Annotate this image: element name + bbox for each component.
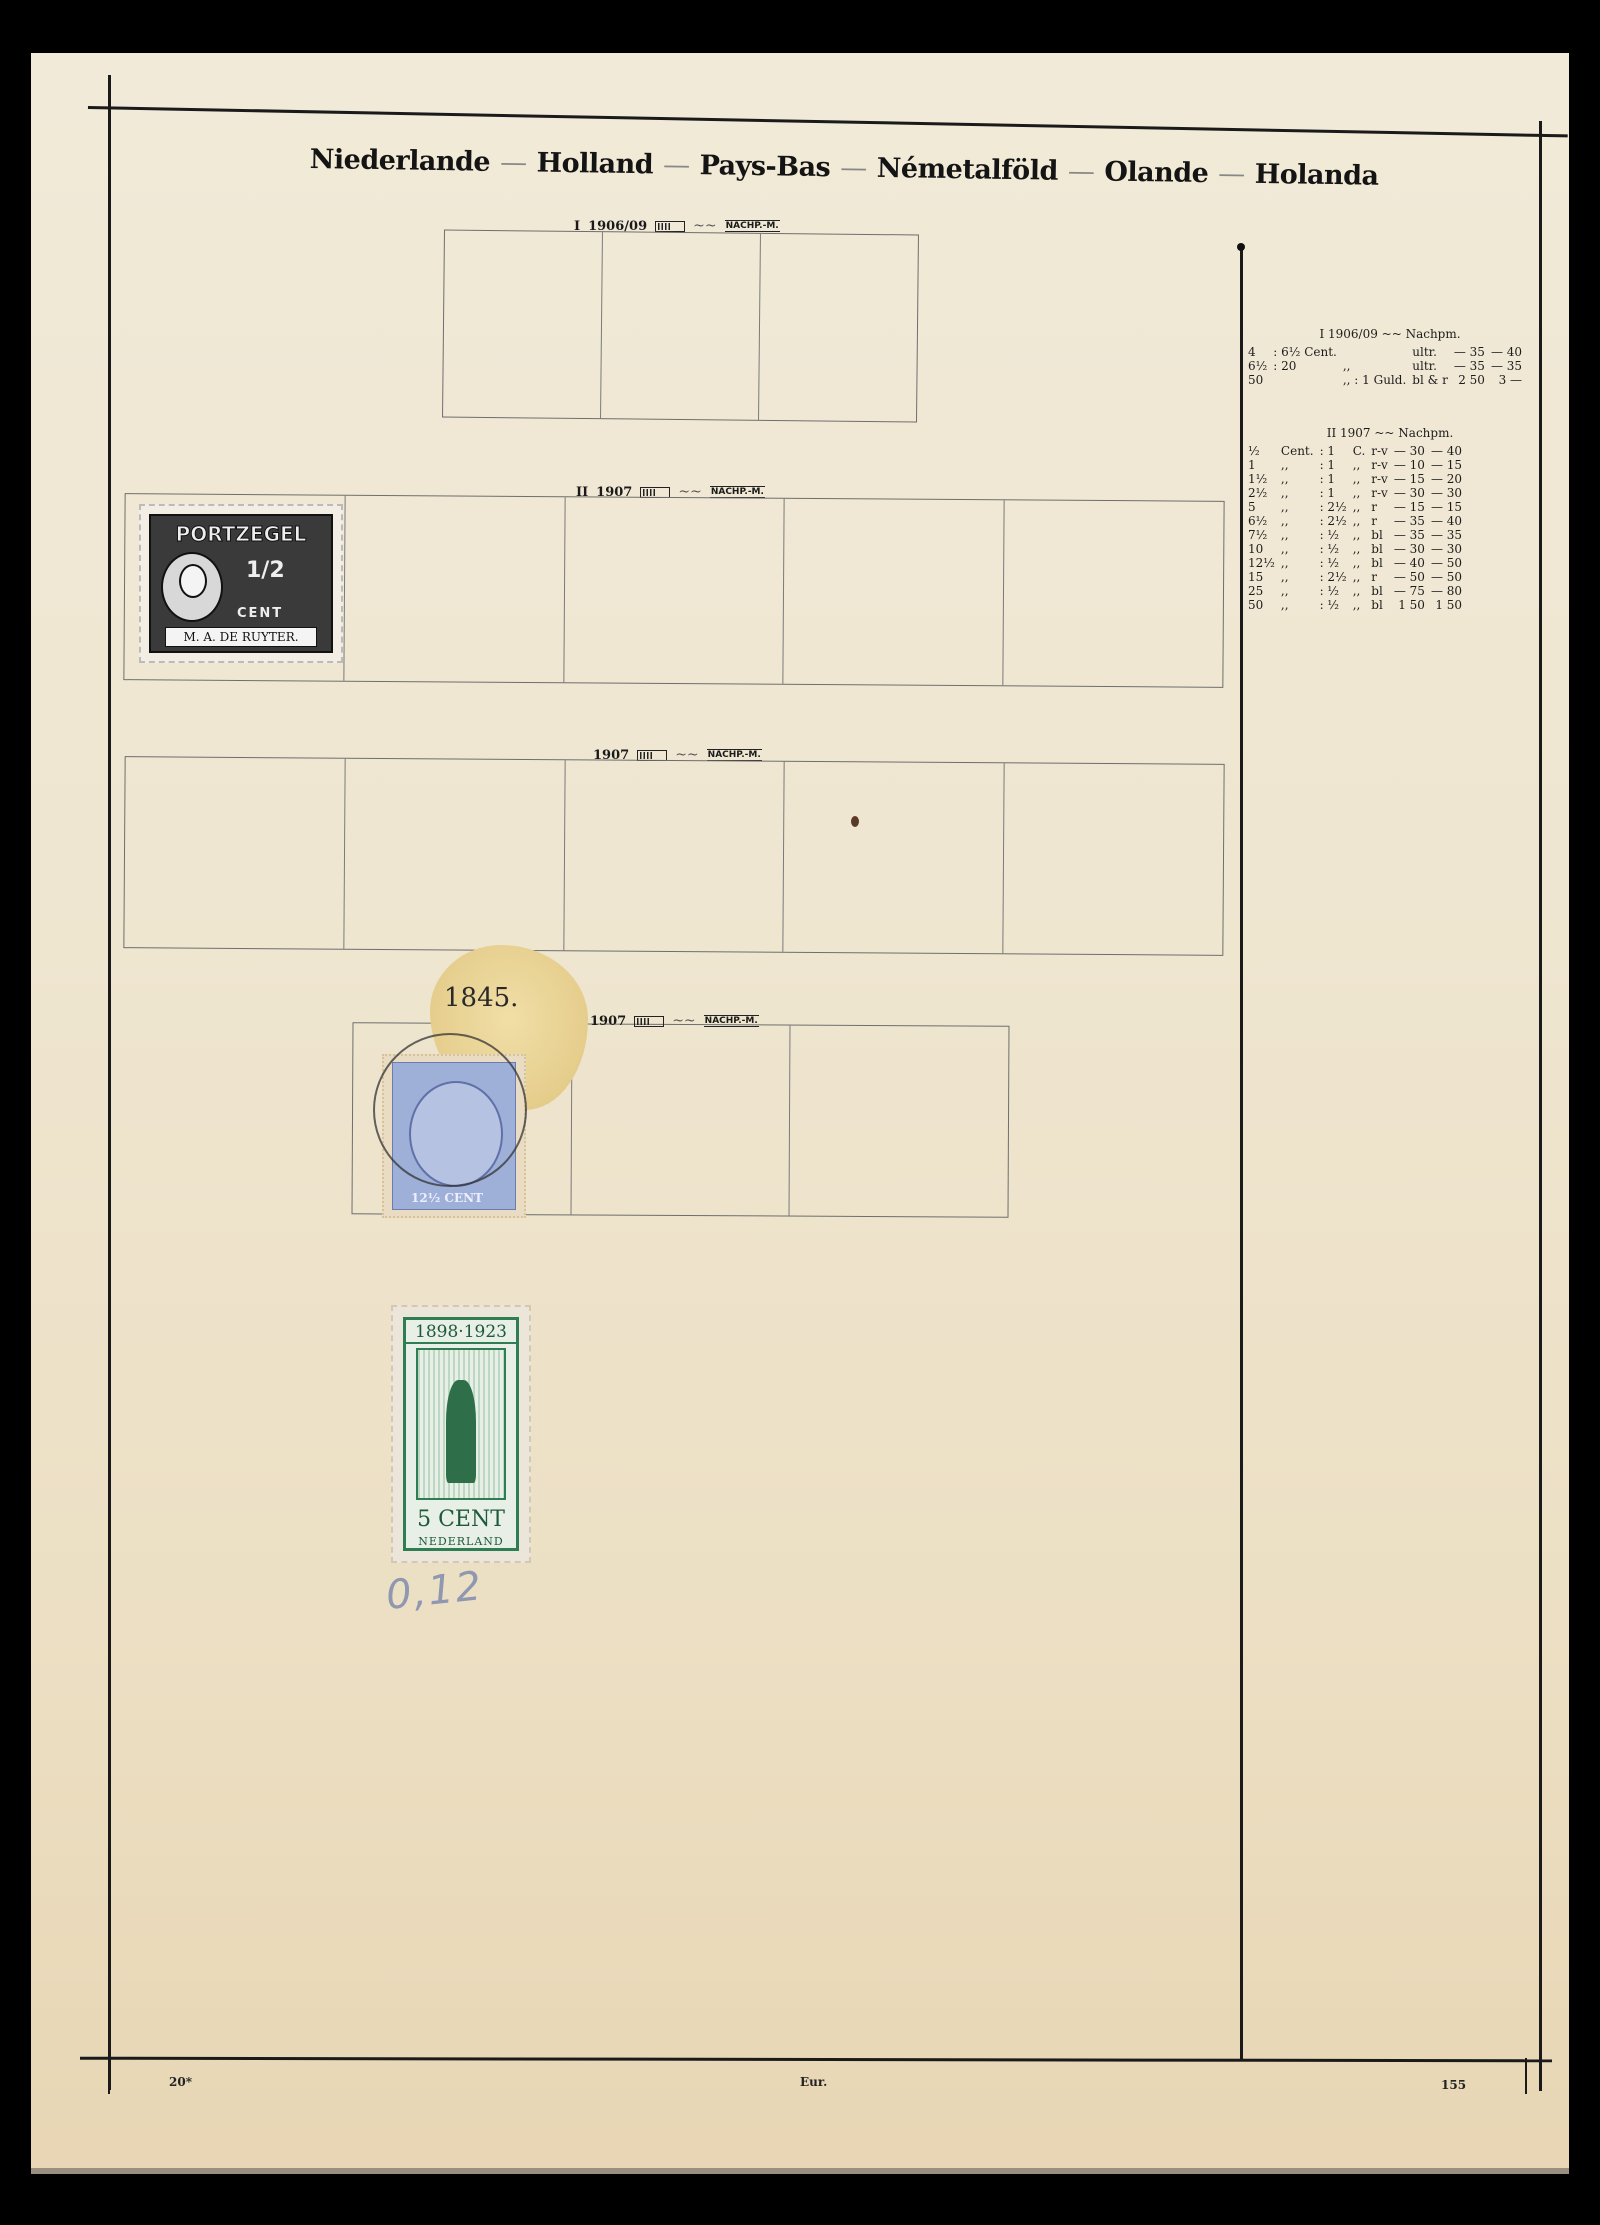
- section-3-grid: [123, 756, 1224, 956]
- stamp-slot[interactable]: [790, 1026, 1009, 1217]
- stamp-slot[interactable]: [344, 759, 565, 951]
- table-row: 7½,,: ½,,bl— 35— 35: [1245, 528, 1465, 542]
- table-row: 6½: 20,,ultr.— 35— 35: [1245, 359, 1525, 373]
- title-part: Pays-Bas: [699, 150, 830, 183]
- catalog-table-2: ½Cent.: 1C.r-v— 30— 40 1,,: 1,,r-v— 10— …: [1245, 444, 1465, 612]
- table-row: 5,,: 2½,,r— 15— 15: [1245, 500, 1465, 514]
- table-row: 50,,: ½,,bl1 501 50: [1245, 598, 1465, 612]
- page-number: 155: [1441, 2078, 1466, 2092]
- stamp-slot[interactable]: [784, 762, 1005, 954]
- stamp-slot[interactable]: [564, 760, 785, 952]
- table-row: 1½,,: 1,,r-v— 15— 20: [1245, 472, 1465, 486]
- frame-right-tick: [1539, 121, 1542, 151]
- stamp-slot[interactable]: [443, 231, 603, 419]
- table-row: 25,,: ½,,bl— 75— 80: [1245, 584, 1465, 598]
- frame-right-line: [1539, 121, 1542, 2091]
- postmark-icon: [373, 1033, 527, 1187]
- table-row: ½Cent.: 1C.r-v— 30— 40: [1245, 444, 1465, 458]
- table-row: 1,,: 1,,r-v— 10— 15: [1245, 458, 1465, 472]
- footer-left-mark: 20*: [169, 2075, 192, 2089]
- catalog-group-2: II 1907 ~~ Nachpm. ½Cent.: 1C.r-v— 30— 4…: [1245, 426, 1535, 612]
- section-4-header: 1907 ~~ NACHP.-M.: [590, 1013, 759, 1029]
- stamp-slot[interactable]: [601, 232, 761, 420]
- frame-left-line: [108, 75, 111, 2090]
- watermark-wave-icon: ~~: [672, 1013, 695, 1029]
- queen-throne-icon: [416, 1348, 506, 1500]
- title-part: Holland: [536, 148, 653, 181]
- portzegel-stamp[interactable]: PORTZEGEL 1/2 CENT M. A. DE RUYTER.: [139, 504, 343, 663]
- green-jubilee-stamp[interactable]: 1898·1923 5 CENT NEDERLAND: [391, 1305, 531, 1563]
- title-part: Németalföld: [877, 153, 1059, 187]
- blue-12-cent-stamp[interactable]: 12½ CENT: [382, 1054, 526, 1218]
- title-part: Holanda: [1255, 159, 1379, 192]
- catalog-table-1: 4: 6½ Cent.ultr.— 35— 40 6½: 20,,ultr.— …: [1245, 345, 1525, 387]
- catalog-group-1: I 1906/09 ~~ Nachpm. 4: 6½ Cent.ultr.— 3…: [1245, 327, 1535, 387]
- stamp-slot[interactable]: [1004, 763, 1224, 955]
- paper-spot: [851, 816, 859, 827]
- table-row: 2½,,: 1,,r-v— 30— 30: [1245, 486, 1465, 500]
- stamp-slot[interactable]: [1004, 500, 1224, 687]
- footer-center-mark: Eur.: [800, 2075, 827, 2089]
- frame-bottom-right-tick: [1525, 2058, 1527, 2094]
- perforation-icon: [655, 221, 685, 232]
- stamp-slot[interactable]: [784, 499, 1005, 686]
- page-edge-shadow: [31, 2168, 1569, 2174]
- stamp-slot[interactable]: [344, 496, 565, 683]
- portrait-icon: [161, 552, 223, 622]
- perforation-icon: [634, 1016, 664, 1027]
- stamp-slot[interactable]: [124, 757, 345, 949]
- title-part: Olande: [1104, 156, 1208, 189]
- stamp-slot[interactable]: [571, 1024, 791, 1215]
- frame-bottom-left-tick: [108, 2058, 110, 2094]
- table-row: 12½,,: ½,,bl— 40— 50: [1245, 556, 1465, 570]
- column-divider-dot: [1237, 243, 1245, 251]
- table-row: 15,,: 2½,,r— 50— 50: [1245, 570, 1465, 584]
- stamp-slot[interactable]: [564, 497, 785, 684]
- column-divider: [1240, 250, 1243, 2060]
- stamp-slot[interactable]: [759, 234, 918, 422]
- section-1-grid: [442, 230, 919, 423]
- table-row: 4: 6½ Cent.ultr.— 35— 40: [1245, 345, 1525, 359]
- table-row: 6½,,: 2½,,r— 35— 40: [1245, 514, 1465, 528]
- table-row: 10,,: ½,,bl— 30— 30: [1245, 542, 1465, 556]
- table-row: 50,, : 1 Guld.bl & r2 503 —: [1245, 373, 1525, 387]
- title-part: Niederlande: [310, 144, 491, 178]
